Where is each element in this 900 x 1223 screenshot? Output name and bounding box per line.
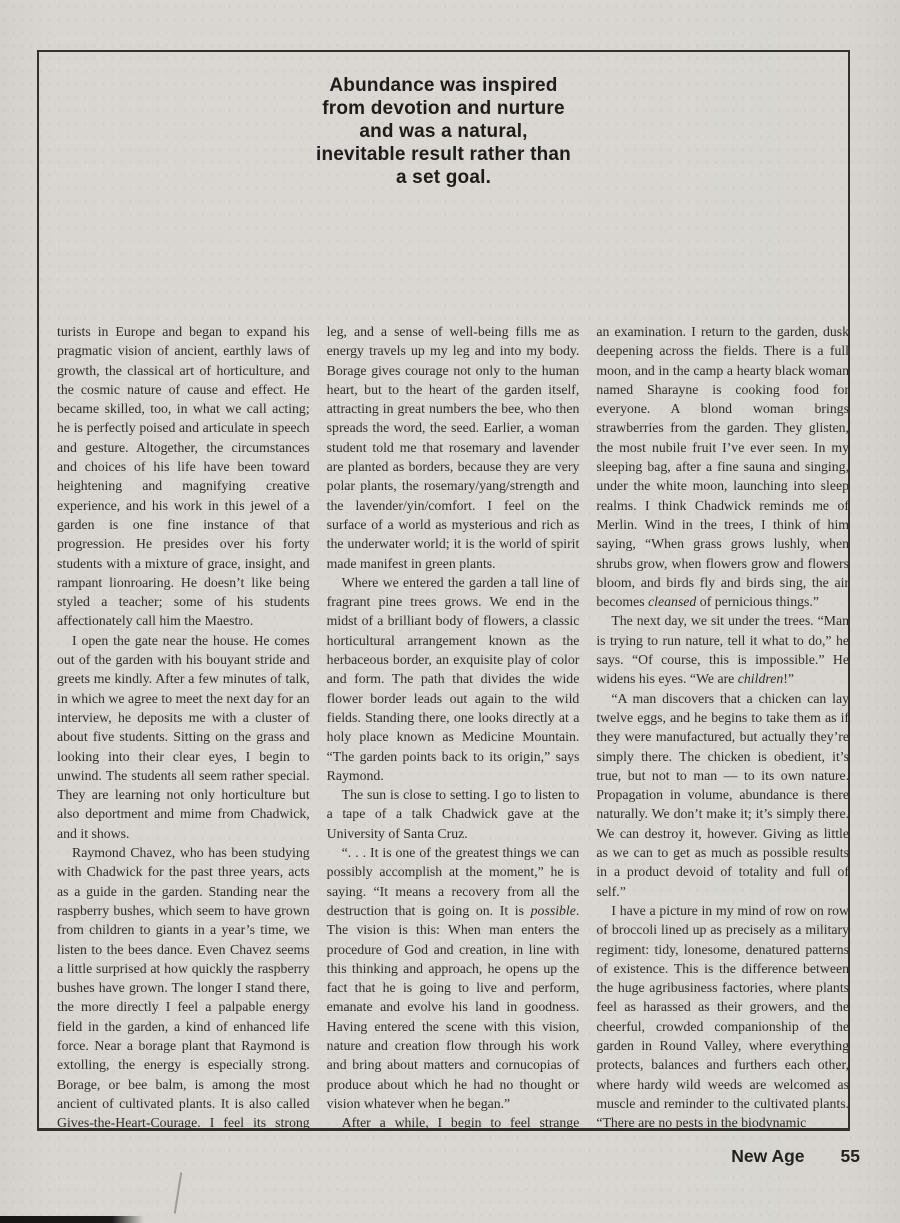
paragraph: “. . . It is one of the greatest things … bbox=[327, 843, 580, 1113]
pull-quote-line: Abundance was inspired bbox=[37, 74, 850, 97]
crease-mark bbox=[174, 1172, 182, 1214]
paragraph: “A man discovers that a chicken can lay … bbox=[596, 689, 849, 901]
page-footer: New Age 55 bbox=[731, 1146, 860, 1167]
pull-quote-line: and was a natural, bbox=[37, 120, 850, 143]
column-3: an examination. I return to the garden, … bbox=[596, 322, 849, 1128]
magazine-page: Abundance was inspiredfrom devotion and … bbox=[0, 0, 900, 1223]
paragraph: After a while, I begin to feel strange l… bbox=[327, 1113, 580, 1128]
paragraph: The next day, we sit under the trees. “M… bbox=[596, 611, 849, 688]
pull-quote-line: a set goal. bbox=[37, 166, 850, 189]
paragraph: The sun is close to setting. I go to lis… bbox=[327, 785, 580, 843]
column-2: leg, and a sense of well-being fills me … bbox=[327, 322, 580, 1128]
paragraph: an examination. I return to the garden, … bbox=[596, 322, 849, 611]
scan-edge-artifact bbox=[0, 1216, 144, 1223]
paragraph: I have a picture in my mind of row on ro… bbox=[596, 901, 849, 1128]
pull-quote-line: from devotion and nurture bbox=[37, 97, 850, 120]
publication-name: New Age bbox=[731, 1146, 804, 1167]
paragraph: leg, and a sense of well-being fills me … bbox=[327, 322, 580, 573]
paragraph: Raymond Chavez, who has been studying wi… bbox=[57, 843, 310, 1128]
page-number: 55 bbox=[841, 1146, 860, 1167]
paragraph: turists in Europe and began to expand hi… bbox=[57, 322, 310, 631]
paragraph: Where we entered the garden a tall line … bbox=[327, 573, 580, 785]
column-1: turists in Europe and began to expand hi… bbox=[57, 322, 310, 1128]
pull-quote: Abundance was inspiredfrom devotion and … bbox=[37, 74, 850, 189]
pull-quote-line: inevitable result rather than bbox=[37, 143, 850, 166]
paragraph: I open the gate near the house. He comes… bbox=[57, 631, 310, 843]
article-columns: turists in Europe and began to expand hi… bbox=[57, 322, 849, 1128]
